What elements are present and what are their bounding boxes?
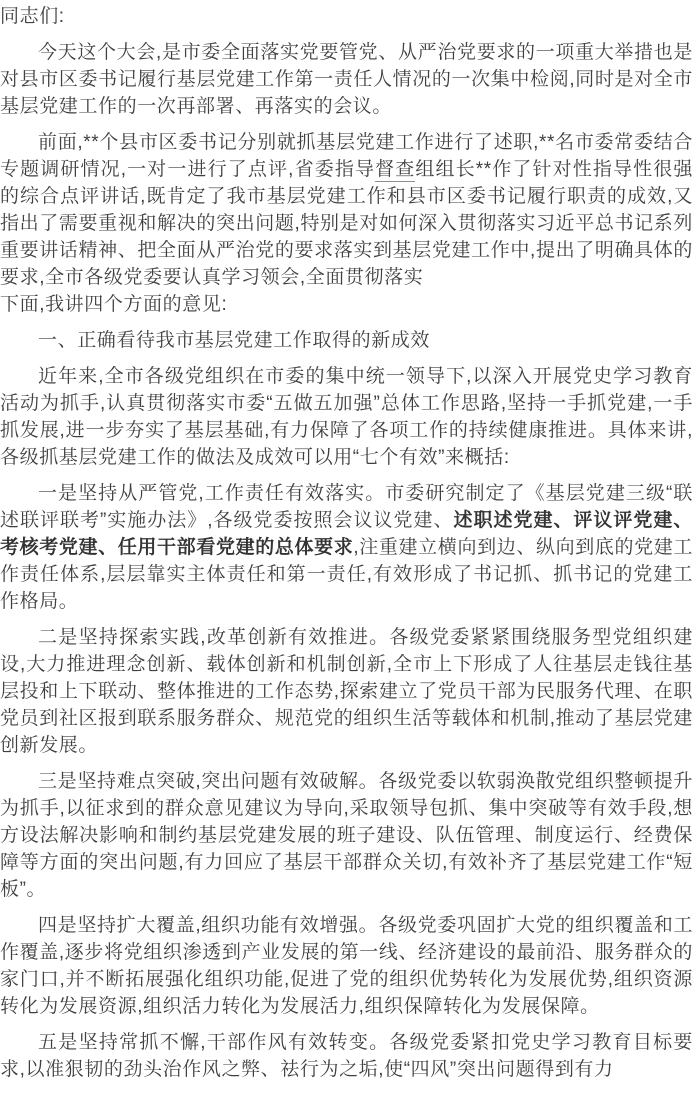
heading-section-one: 一、正确看待我市基层党建工作取得的新成效 (0, 327, 693, 354)
text-run: 三是坚持难点突破,突出问题有效破解。各级党委以软弱涣散党组织整顿提升为抓手,以征… (0, 771, 693, 900)
text-run: 近年来,全市各级党组织在市委的集中统一领导下,以深入开展党史学习教育活动为抓手,… (0, 366, 693, 468)
para-transition: 下面,我讲四个方面的意见: (0, 291, 693, 318)
text-run: 五是坚持常抓不懈,干部作风有效转变。各级党委紧扣党史学习教育目标要求,以准狠韧的… (0, 1032, 693, 1080)
text-run: 四是坚持扩大覆盖,组织功能有效增强。各级党委巩固扩大党的组织覆盖和工作覆盖,逐步… (0, 915, 693, 1017)
para-point-two: 二是坚持探索实践,改革创新有效推进。各级党委紧紧围绕服务型党组织建设,大力推进理… (0, 624, 693, 759)
text-run: 今天这个大会,是市委全面落实党要管党、从严治党要求的一项重大举措也是对县市区委书… (0, 42, 693, 117)
para-point-one: 一是坚持从严管党,工作责任有效落实。市委研究制定了《基层党建三级“联述联评联考”… (0, 480, 693, 615)
para-overview: 近年来,全市各级党组织在市委的集中统一领导下,以深入开展党史学习教育活动为抓手,… (0, 363, 693, 471)
para-point-five: 五是坚持常抓不懈,干部作风有效转变。各级党委紧扣党史学习教育目标要求,以准狠韧的… (0, 1029, 693, 1083)
text-run: 下面,我讲四个方面的意见: (0, 294, 227, 315)
para-opening: 今天这个大会,是市委全面落实党要管党、从严治党要求的一项重大举措也是对县市区委书… (0, 39, 693, 120)
text-run: 同志们: (0, 6, 65, 27)
text-run: 一、正确看待我市基层党建工作取得的新成效 (38, 330, 430, 351)
document-body: 同志们:今天这个大会,是市委全面落实党要管党、从严治党要求的一项重大举措也是对县… (0, 0, 693, 1083)
salutation: 同志们: (0, 3, 693, 30)
underlined-text: 督查 (375, 159, 415, 182)
para-point-four: 四是坚持扩大覆盖,组织功能有效增强。各级党委巩固扩大党的组织覆盖和工作覆盖,逐步… (0, 912, 693, 1020)
para-review: 前面,**个县市区委书记分别就抓基层党建工作进行了述职,**名市委常委结合专题调… (0, 129, 693, 291)
para-point-three: 三是坚持难点突破,突出问题有效破解。各级党委以软弱涣散党组织整顿提升为抓手,以征… (0, 768, 693, 903)
text-run: 二是坚持探索实践,改革创新有效推进。各级党委紧紧围绕服务型党组织建设,大力推进理… (0, 627, 693, 756)
